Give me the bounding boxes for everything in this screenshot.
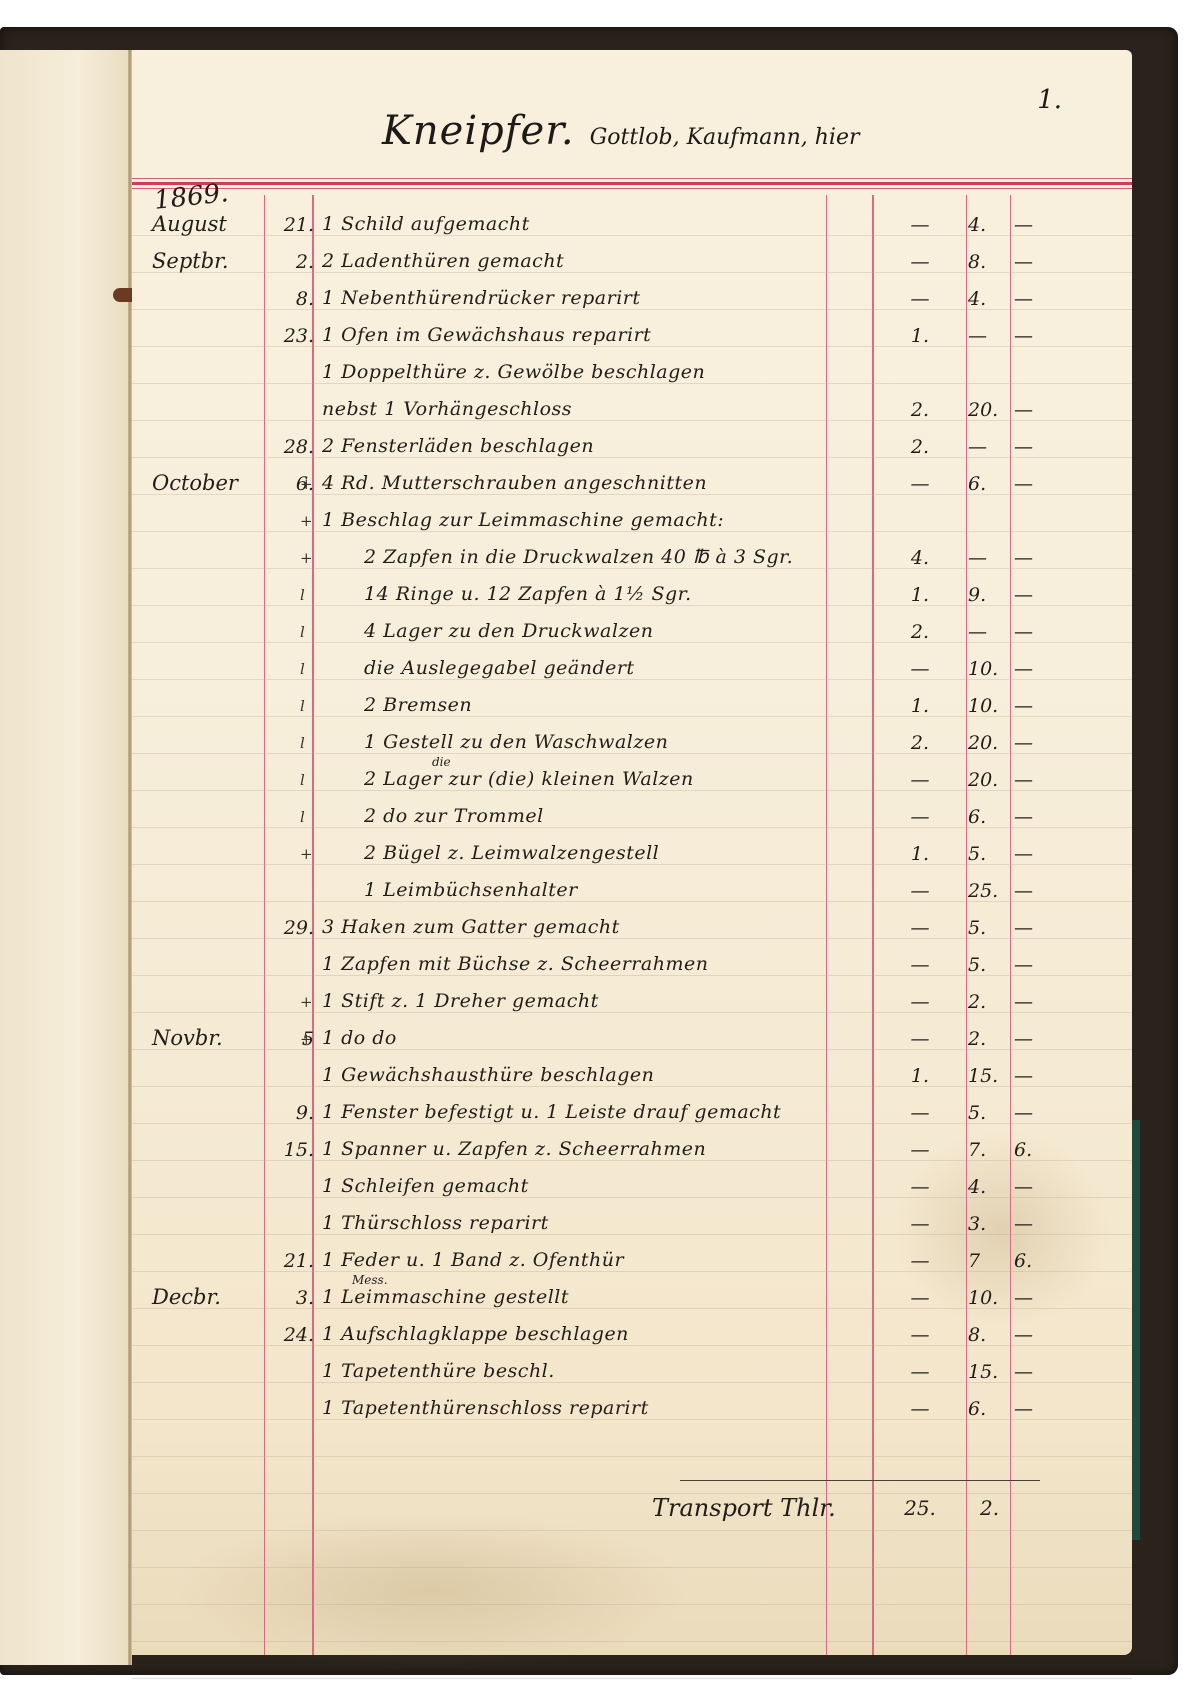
entry-pfennig: — bbox=[1014, 806, 1054, 828]
entry-check-mark: + bbox=[300, 475, 313, 493]
entry-pfennig: — bbox=[1014, 399, 1054, 421]
entry-silbergroschen: 25. bbox=[968, 880, 1008, 902]
entry-pfennig: — bbox=[1014, 1176, 1054, 1198]
entry-silbergroschen: 5. bbox=[968, 954, 1008, 976]
entry-description: 1 Leimmaschine gestellt bbox=[322, 1286, 569, 1308]
ledger-entry-row: October6.+4 Rd. Mutterschrauben angeschn… bbox=[132, 469, 1132, 506]
entry-day: 21. bbox=[274, 1250, 314, 1272]
page-number: 1. bbox=[1037, 85, 1062, 115]
entry-pfennig: 6. bbox=[1014, 1250, 1054, 1272]
entry-taler: — bbox=[880, 1287, 960, 1309]
entry-day: 28. bbox=[274, 436, 314, 458]
entry-silbergroschen: 2. bbox=[968, 1028, 1008, 1050]
ledger-entry-row: 1 Schleifen gemacht—4.— bbox=[132, 1172, 1132, 1209]
entry-taler: — bbox=[880, 1176, 960, 1198]
entry-description: 1 Nebenthürendrücker reparirt bbox=[322, 287, 641, 309]
entry-silbergroschen: 10. bbox=[968, 695, 1008, 717]
entry-description: 1 Schild aufgemacht bbox=[322, 213, 530, 235]
entry-day: 2. bbox=[274, 251, 314, 273]
entry-taler: — bbox=[880, 1250, 960, 1272]
entry-silbergroschen: — bbox=[968, 436, 1008, 458]
entry-silbergroschen: 6. bbox=[968, 1398, 1008, 1420]
entry-pfennig: — bbox=[1014, 954, 1054, 976]
entry-day: 8. bbox=[274, 288, 314, 310]
entry-silbergroschen: 15. bbox=[968, 1361, 1008, 1383]
entry-taler: 2. bbox=[880, 436, 960, 458]
entry-taler: — bbox=[880, 806, 960, 828]
entry-pfennig: — bbox=[1014, 917, 1054, 939]
entry-description: 1 Schleifen gemacht bbox=[322, 1175, 529, 1197]
entry-pfennig: — bbox=[1014, 1065, 1054, 1087]
entry-pfennig: — bbox=[1014, 1287, 1054, 1309]
paper-stain bbox=[172, 1510, 692, 1670]
entry-silbergroschen: 20. bbox=[968, 399, 1008, 421]
entry-description: 2 Ladenthüren gemacht bbox=[322, 250, 564, 272]
entry-description: 2 Bremsen bbox=[364, 694, 472, 716]
ledger-entry-row: +2 Bügel z. Leimwalzengestell1.5.— bbox=[132, 839, 1132, 876]
ledger-page: 1. Kneipfer. Gottlob, Kaufmann, hier 186… bbox=[132, 50, 1132, 1655]
entry-taler: 1. bbox=[880, 843, 960, 865]
transport-taler: 25. bbox=[880, 1496, 960, 1520]
entry-taler: 4. bbox=[880, 547, 960, 569]
ledger-entry-row: l2 Lager zur (die) kleinen Walzen—20.—di… bbox=[132, 765, 1132, 802]
entry-pfennig: — bbox=[1014, 436, 1054, 458]
entry-silbergroschen: 6. bbox=[968, 806, 1008, 828]
entry-description: 1 Leimbüchsenhalter bbox=[364, 879, 578, 901]
entry-silbergroschen: 5. bbox=[968, 843, 1008, 865]
entry-taler: — bbox=[880, 251, 960, 273]
entry-taler: 1. bbox=[880, 584, 960, 606]
ruled-line bbox=[132, 1456, 1132, 1457]
ledger-entry-row: ldie Auslegegabel geändert—10.— bbox=[132, 654, 1132, 691]
ledger-entry-row: 1 Gewächshausthüre beschlagen1.15.— bbox=[132, 1061, 1132, 1098]
entry-pfennig: — bbox=[1014, 251, 1054, 273]
entry-pfennig: — bbox=[1014, 288, 1054, 310]
entry-check-mark: l bbox=[300, 808, 305, 826]
entry-description: 1 Spanner u. Zapfen z. Scheerrahmen bbox=[322, 1138, 706, 1160]
ruled-line bbox=[132, 1678, 1132, 1679]
entry-taler: — bbox=[880, 917, 960, 939]
entry-silbergroschen: 4. bbox=[968, 288, 1008, 310]
entry-check-mark: + bbox=[300, 1030, 313, 1048]
entry-description: nebst 1 Vorhängeschloss bbox=[322, 398, 572, 420]
ledger-entry-row: +1 Stift z. 1 Dreher gemacht—2.— bbox=[132, 987, 1132, 1024]
entry-check-mark: + bbox=[300, 993, 313, 1011]
entry-check-mark: + bbox=[300, 549, 313, 567]
ledger-entry-row: Septbr.2.2 Ladenthüren gemacht—8.— bbox=[132, 247, 1132, 284]
entry-superscript-correction: Mess. bbox=[352, 1273, 388, 1287]
entry-taler: — bbox=[880, 1324, 960, 1346]
entry-pfennig: — bbox=[1014, 769, 1054, 791]
header-rule bbox=[132, 182, 1132, 185]
entry-pfennig: — bbox=[1014, 1213, 1054, 1235]
entry-taler: — bbox=[880, 473, 960, 495]
entry-taler: — bbox=[880, 991, 960, 1013]
ledger-entry-row: 28.2 Fensterläden beschlagen2.—— bbox=[132, 432, 1132, 469]
entry-month: Septbr. bbox=[152, 249, 229, 273]
entry-silbergroschen: 4. bbox=[968, 1176, 1008, 1198]
entry-description: 2 Zapfen in die Druckwalzen 40 ℔ à 3 Sgr… bbox=[364, 546, 793, 568]
entry-description: die Auslegegabel geändert bbox=[364, 657, 635, 679]
entry-description: 2 Fensterläden beschlagen bbox=[322, 435, 594, 457]
ledger-entry-row: l14 Ringe u. 12 Zapfen à 1½ Sgr.1.9.— bbox=[132, 580, 1132, 617]
entry-description: 1 Zapfen mit Büchse z. Scheerrahmen bbox=[322, 953, 708, 975]
ledger-entry-row: 21.1 Feder u. 1 Band z. Ofenthür—76. bbox=[132, 1246, 1132, 1283]
entry-taler: — bbox=[880, 288, 960, 310]
entry-silbergroschen: 15. bbox=[968, 1065, 1008, 1087]
entry-silbergroschen: — bbox=[968, 325, 1008, 347]
entry-pfennig: — bbox=[1014, 991, 1054, 1013]
entry-taler: — bbox=[880, 1361, 960, 1383]
entry-pfennig: — bbox=[1014, 584, 1054, 606]
entry-taler: — bbox=[880, 1213, 960, 1235]
ledger-entry-row: 15.1 Spanner u. Zapfen z. Scheerrahmen—7… bbox=[132, 1135, 1132, 1172]
entry-silbergroschen: 5. bbox=[968, 1102, 1008, 1124]
entry-pfennig: — bbox=[1014, 621, 1054, 643]
entry-silbergroschen: 3. bbox=[968, 1213, 1008, 1235]
left-page bbox=[0, 50, 131, 1665]
entry-silbergroschen: 7 bbox=[968, 1250, 1008, 1272]
ledger-entry-row: Novbr.5+1 do do—2.— bbox=[132, 1024, 1132, 1061]
ledger-entry-row: 23.1 Ofen im Gewächshaus reparirt1.—— bbox=[132, 321, 1132, 358]
entry-pfennig: — bbox=[1014, 843, 1054, 865]
entry-description: 1 Stift z. 1 Dreher gemacht bbox=[322, 990, 599, 1012]
ledger-entry-row: l2 do zur Trommel—6.— bbox=[132, 802, 1132, 839]
entry-silbergroschen: 20. bbox=[968, 732, 1008, 754]
account-details: Gottlob, Kaufmann, hier bbox=[590, 125, 860, 150]
entry-day: 15. bbox=[274, 1139, 314, 1161]
entry-description: 1 Tapetenthürenschloss reparirt bbox=[322, 1397, 649, 1419]
entry-pfennig: — bbox=[1014, 1102, 1054, 1124]
entry-description: 2 Bügel z. Leimwalzengestell bbox=[364, 842, 659, 864]
ledger-entry-row: 1 Tapetenthürenschloss reparirt—6.— bbox=[132, 1394, 1132, 1431]
entry-taler: 1. bbox=[880, 1065, 960, 1087]
entry-check-mark: + bbox=[300, 512, 313, 530]
entry-check-mark: + bbox=[300, 845, 313, 863]
entry-taler: 1. bbox=[880, 325, 960, 347]
entry-check-mark: l bbox=[300, 771, 305, 789]
account-header: Kneipfer. Gottlob, Kaufmann, hier bbox=[382, 108, 860, 154]
header-rule bbox=[132, 188, 1132, 189]
entry-taler: 2. bbox=[880, 399, 960, 421]
entry-day: 23. bbox=[274, 325, 314, 347]
ledger-entry-row: +1 Beschlag zur Leimmaschine gemacht: bbox=[132, 506, 1132, 543]
ledger-entry-row: 24.1 Aufschlagklappe beschlagen—8.— bbox=[132, 1320, 1132, 1357]
entry-superscript-correction: die bbox=[432, 755, 451, 769]
transport-sgr: 2. bbox=[980, 1496, 999, 1520]
entry-description: 1 Aufschlagklappe beschlagen bbox=[322, 1323, 629, 1345]
ruled-line bbox=[132, 1567, 1132, 1568]
entry-month: Novbr. bbox=[152, 1026, 223, 1050]
entry-pfennig: — bbox=[1014, 1028, 1054, 1050]
entry-taler: — bbox=[880, 1028, 960, 1050]
entry-pfennig: — bbox=[1014, 325, 1054, 347]
entry-taler: — bbox=[880, 1398, 960, 1420]
entry-taler: — bbox=[880, 880, 960, 902]
entry-pfennig: — bbox=[1014, 1324, 1054, 1346]
entry-description: 1 Gestell zu den Waschwalzen bbox=[364, 731, 668, 753]
entry-silbergroschen: 20. bbox=[968, 769, 1008, 791]
entry-day: 21. bbox=[274, 214, 314, 236]
ledger-entry-row: l4 Lager zu den Druckwalzen2.—— bbox=[132, 617, 1132, 654]
entry-description: 4 Lager zu den Druckwalzen bbox=[364, 620, 653, 642]
entry-pfennig: — bbox=[1014, 547, 1054, 569]
entry-taler: 2. bbox=[880, 621, 960, 643]
entry-description: 1 Doppelthüre z. Gewölbe beschlagen bbox=[322, 361, 705, 383]
ruled-line bbox=[132, 1530, 1132, 1531]
ledger-entry-row: Decbr.3.1 Leimmaschine gestellt—10.—Mess… bbox=[132, 1283, 1132, 1320]
ledger-entry-row: August21.1 Schild aufgemacht—4.— bbox=[132, 210, 1132, 247]
entry-silbergroschen: 10. bbox=[968, 1287, 1008, 1309]
entry-description: 1 Gewächshausthüre beschlagen bbox=[322, 1064, 654, 1086]
ledger-entry-row: nebst 1 Vorhängeschloss2.20.— bbox=[132, 395, 1132, 432]
entry-silbergroschen: 2. bbox=[968, 991, 1008, 1013]
ledger-entry-row: 1 Leimbüchsenhalter—25.— bbox=[132, 876, 1132, 913]
entry-taler: — bbox=[880, 954, 960, 976]
entry-description: 1 Feder u. 1 Band z. Ofenthür bbox=[322, 1249, 624, 1271]
entry-taler: 1. bbox=[880, 695, 960, 717]
ledger-entry-row: 29.3 Haken zum Gatter gemacht—5.— bbox=[132, 913, 1132, 950]
entry-description: 14 Ringe u. 12 Zapfen à 1½ Sgr. bbox=[364, 583, 692, 605]
entry-month: October bbox=[152, 471, 238, 495]
entry-silbergroschen: 10. bbox=[968, 658, 1008, 680]
entry-description: 1 Fenster befestigt u. 1 Leiste drauf ge… bbox=[322, 1101, 781, 1123]
entry-taler: — bbox=[880, 769, 960, 791]
entry-pfennig: — bbox=[1014, 695, 1054, 717]
transport-row: Transport Thlr. 25. 2. bbox=[132, 1488, 1132, 1528]
ledger-entry-row: 1 Thürschloss reparirt—3.— bbox=[132, 1209, 1132, 1246]
entry-check-mark: l bbox=[300, 660, 305, 678]
entry-description: 1 Thürschloss reparirt bbox=[322, 1212, 549, 1234]
entry-day: 3. bbox=[274, 1287, 314, 1309]
entry-pfennig: — bbox=[1014, 473, 1054, 495]
entry-silbergroschen: 8. bbox=[968, 251, 1008, 273]
entry-pfennig: — bbox=[1014, 880, 1054, 902]
entry-check-mark: l bbox=[300, 623, 305, 641]
entry-description: 1 Beschlag zur Leimmaschine gemacht: bbox=[322, 509, 724, 531]
ledger-entry-row: 1 Doppelthüre z. Gewölbe beschlagen bbox=[132, 358, 1132, 395]
ruled-line bbox=[132, 1604, 1132, 1605]
entry-pfennig: — bbox=[1014, 214, 1054, 236]
entry-day: 29. bbox=[274, 917, 314, 939]
entry-day: 24. bbox=[274, 1324, 314, 1346]
entry-silbergroschen: 5. bbox=[968, 917, 1008, 939]
entry-description: 1 do do bbox=[322, 1027, 397, 1049]
entry-description: 3 Haken zum Gatter gemacht bbox=[322, 916, 620, 938]
entry-day: 9. bbox=[274, 1102, 314, 1124]
entry-check-mark: l bbox=[300, 697, 305, 715]
entry-silbergroschen: 7. bbox=[968, 1139, 1008, 1161]
account-surname: Kneipfer. bbox=[382, 108, 575, 154]
entry-pfennig: — bbox=[1014, 732, 1054, 754]
header-rule bbox=[132, 178, 1132, 179]
ledger-entry-row: 8.1 Nebenthürendrücker reparirt—4.— bbox=[132, 284, 1132, 321]
entry-month: August bbox=[152, 212, 227, 236]
entry-silbergroschen: 4. bbox=[968, 214, 1008, 236]
entry-description: 1 Ofen im Gewächshaus reparirt bbox=[322, 324, 651, 346]
entry-description: 1 Tapetenthüre beschl. bbox=[322, 1360, 555, 1382]
transport-rule bbox=[680, 1480, 1040, 1481]
entry-description: 2 Lager zur (die) kleinen Walzen bbox=[364, 768, 694, 790]
entry-silbergroschen: 6. bbox=[968, 473, 1008, 495]
entry-pfennig: — bbox=[1014, 1361, 1054, 1383]
entry-check-mark: l bbox=[300, 734, 305, 752]
entry-taler: — bbox=[880, 214, 960, 236]
entry-silbergroschen: — bbox=[968, 621, 1008, 643]
entry-pfennig: — bbox=[1014, 1398, 1054, 1420]
ledger-entry-row: 1 Zapfen mit Büchse z. Scheerrahmen—5.— bbox=[132, 950, 1132, 987]
ledger-entry-row: 9.1 Fenster befestigt u. 1 Leiste drauf … bbox=[132, 1098, 1132, 1135]
entry-silbergroschen: — bbox=[968, 547, 1008, 569]
entry-silbergroschen: 8. bbox=[968, 1324, 1008, 1346]
ledger-entry-row: l2 Bremsen1.10.— bbox=[132, 691, 1132, 728]
entry-check-mark: l bbox=[300, 586, 305, 604]
entry-description: 2 do zur Trommel bbox=[364, 805, 544, 827]
entry-taler: — bbox=[880, 658, 960, 680]
entry-pfennig: — bbox=[1014, 658, 1054, 680]
entry-taler: 2. bbox=[880, 732, 960, 754]
entry-month: Decbr. bbox=[152, 1285, 221, 1309]
entry-pfennig: 6. bbox=[1014, 1139, 1054, 1161]
entry-taler: — bbox=[880, 1139, 960, 1161]
transport-label: Transport Thlr. bbox=[652, 1494, 836, 1522]
entry-silbergroschen: 9. bbox=[968, 584, 1008, 606]
entry-description: 4 Rd. Mutterschrauben angeschnitten bbox=[322, 472, 707, 494]
ledger-entry-row: l1 Gestell zu den Waschwalzen2.20.— bbox=[132, 728, 1132, 765]
ruled-line bbox=[132, 1641, 1132, 1642]
ledger-entry-row: 1 Tapetenthüre beschl.—15.— bbox=[132, 1357, 1132, 1394]
ledger-entry-row: +2 Zapfen in die Druckwalzen 40 ℔ à 3 Sg… bbox=[132, 543, 1132, 580]
entry-taler: — bbox=[880, 1102, 960, 1124]
